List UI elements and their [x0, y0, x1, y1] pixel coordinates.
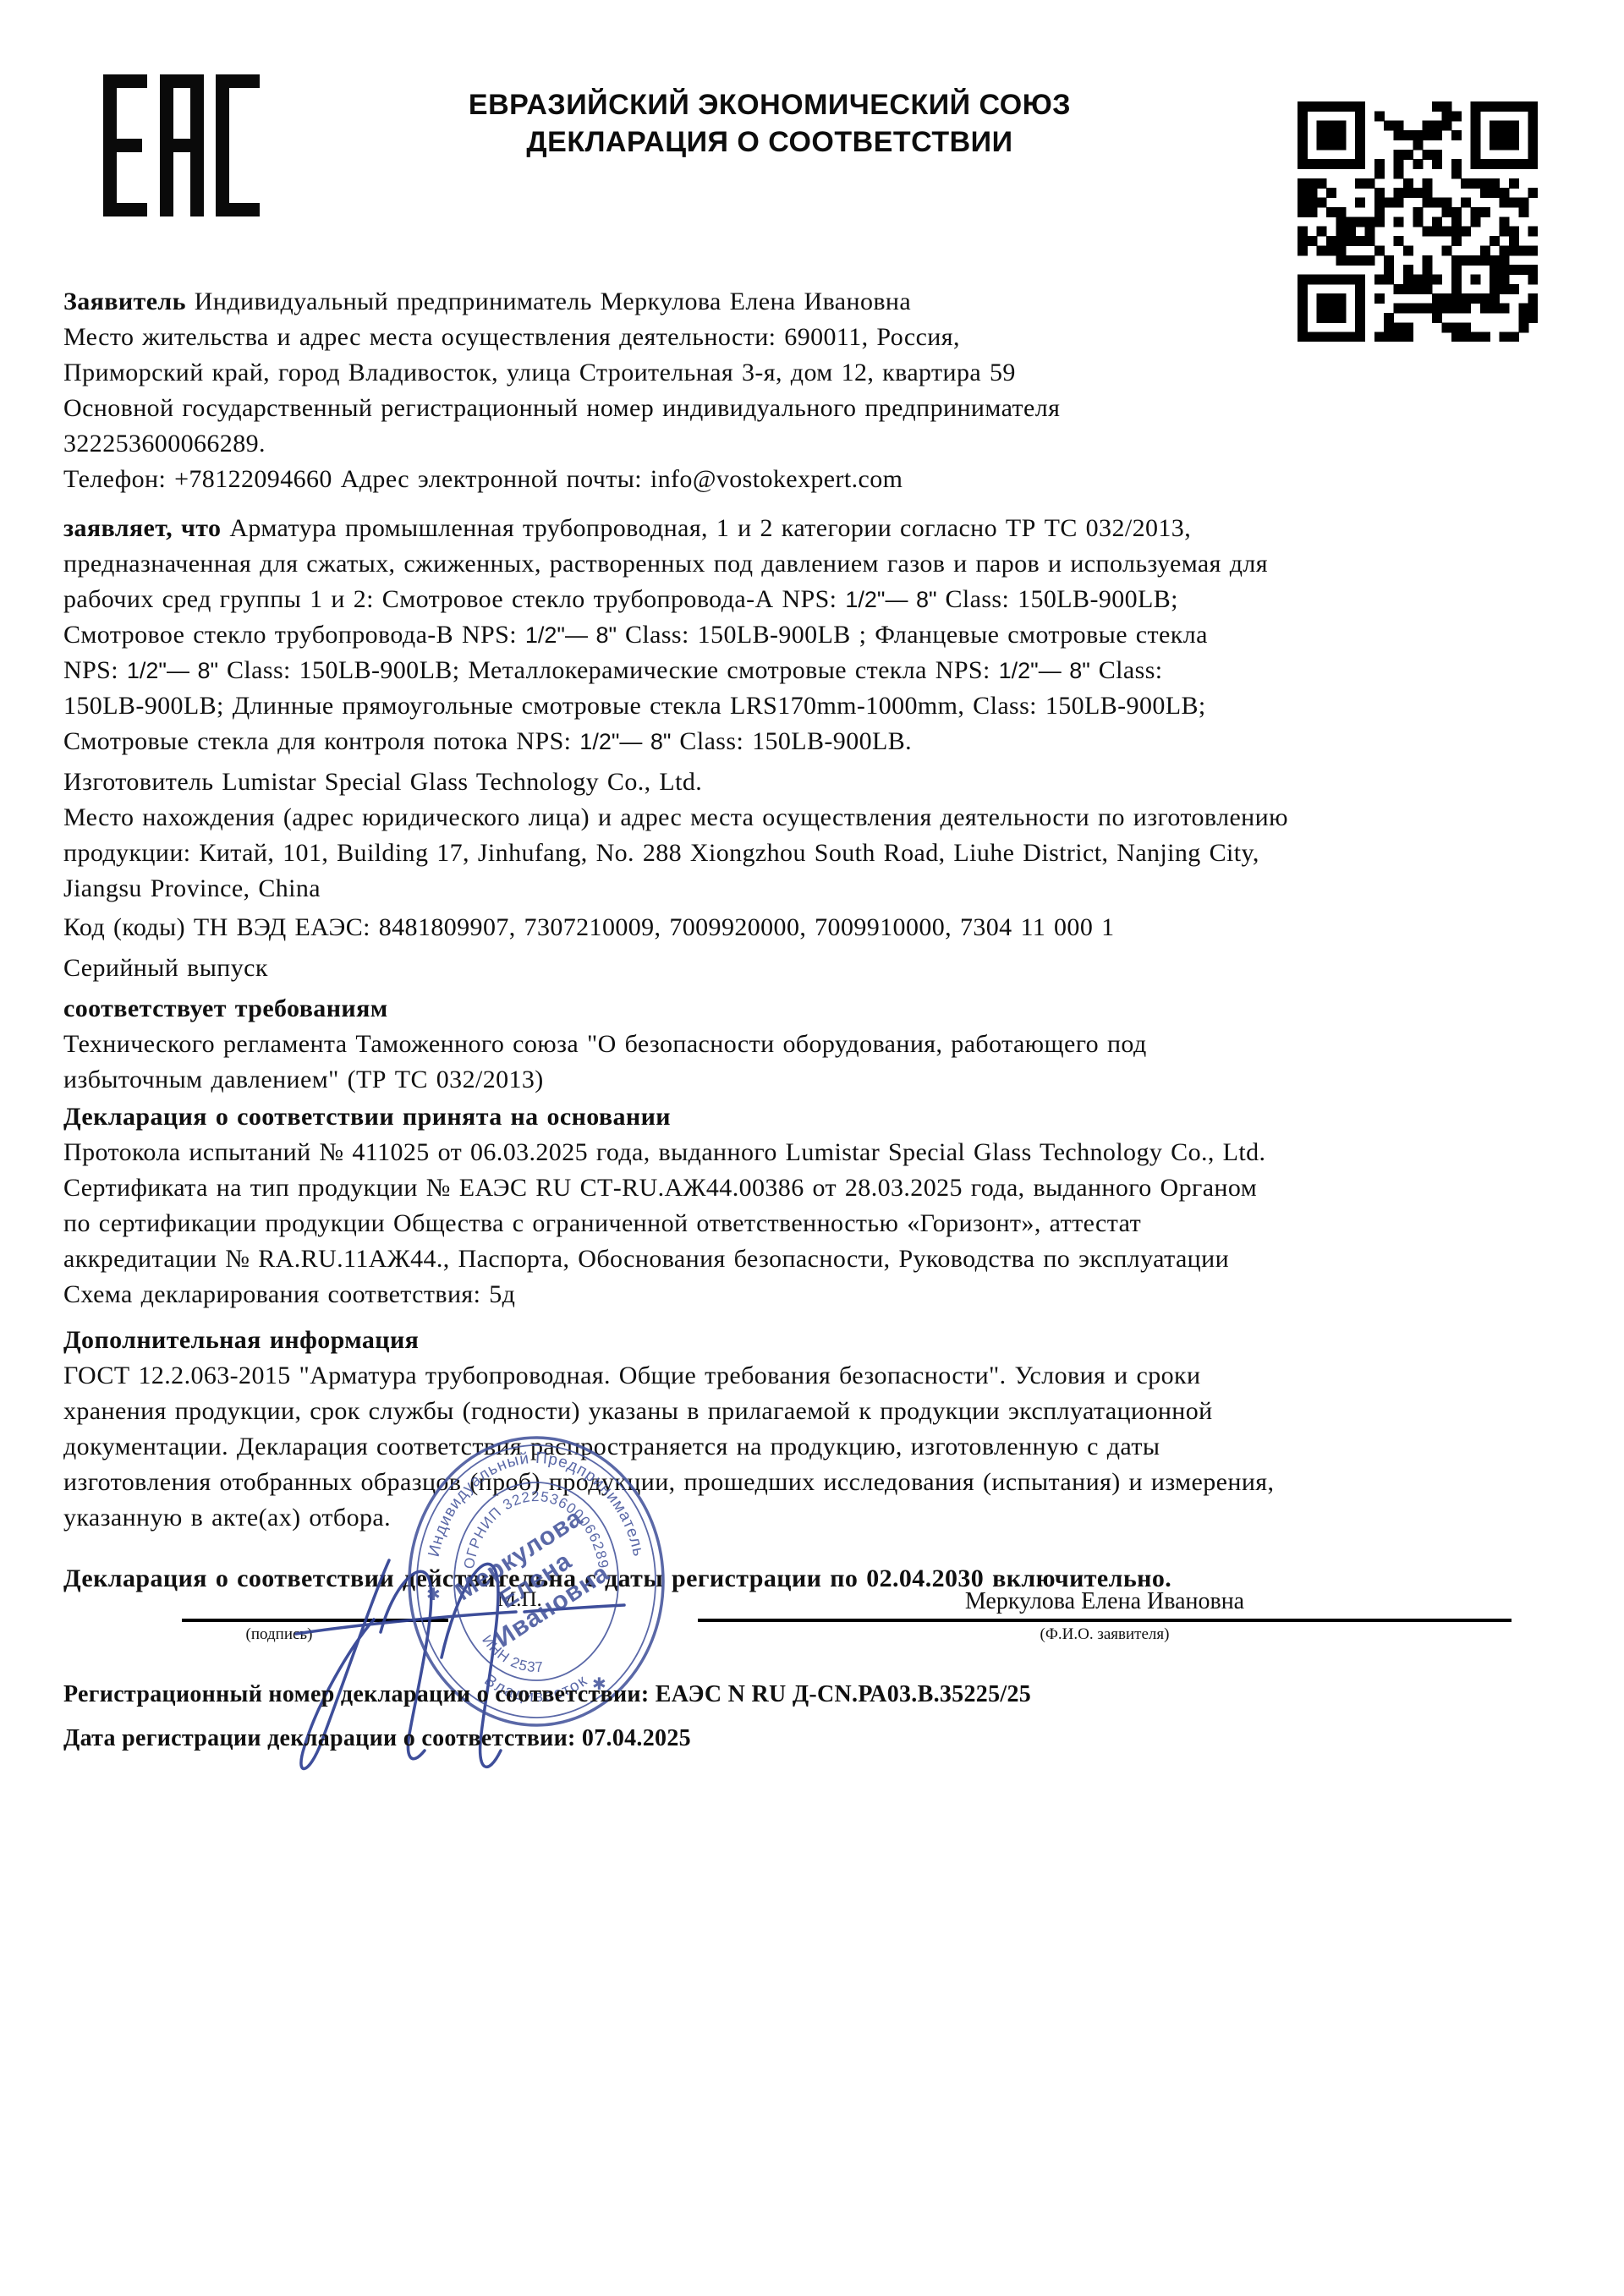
- text-run: Class: 150LB-900LB; Металлокерамические …: [218, 656, 999, 684]
- eac-logo: [103, 74, 260, 216]
- text-run: рабочих сред группы 1 и 2: Смотровое сте…: [63, 585, 845, 613]
- text-run: Место жительства и адрес места осуществл…: [63, 323, 960, 351]
- text-line: Изготовитель Lumistar Special Glass Tech…: [63, 764, 1586, 800]
- text-line: по сертификации продукции Общества с огр…: [63, 1206, 1586, 1241]
- text-block: Заявитель Индивидуальный предприниматель…: [63, 284, 1586, 497]
- text-run: Изготовитель Lumistar Special Glass Tech…: [63, 768, 702, 796]
- text-run: Протокола испытаний № 411025 от 06.03.20…: [63, 1138, 1265, 1166]
- stamp-star-left: ✱: [426, 1586, 441, 1604]
- text-line: ГОСТ 12.2.063-2015 "Арматура трубопровод…: [63, 1358, 1586, 1394]
- text-line: 322253600066289.: [63, 426, 1586, 462]
- text-block: Серийный выпуск: [63, 951, 1586, 986]
- text-run: NPS:: [63, 656, 127, 684]
- text-run: 322253600066289.: [63, 430, 266, 458]
- text-run: Основной государственный регистрационный…: [63, 394, 1060, 422]
- text-line: Смотровые стекла для контроля потока NPS…: [63, 724, 1586, 759]
- text-run: заявляет, что: [63, 514, 221, 542]
- text-run: Телефон: +78122094660 Адрес электронной …: [63, 465, 903, 493]
- text-line: Jiangsu Province, China: [63, 871, 1586, 907]
- text-line: продукции: Китай, 101, Building 17, Jinh…: [63, 836, 1586, 871]
- declaration-page: ЕВРАЗИЙСКИЙ ЭКОНОМИЧЕСКИЙ СОЮЗ ДЕКЛАРАЦИ…: [0, 0, 1624, 2296]
- text-line: Сертификата на тип продукции № ЕАЭС RU С…: [63, 1170, 1586, 1206]
- text-line: Протокола испытаний № 411025 от 06.03.20…: [63, 1135, 1586, 1170]
- text-line: Дополнительная информация: [63, 1323, 1586, 1358]
- text-line: NPS: 1/2"— 8" Class: 150LB-900LB; Металл…: [63, 653, 1586, 688]
- text-block: Декларация о соответствии принята на осн…: [63, 1099, 1586, 1312]
- text-run: Смотровое стекло трубопровода-В NPS:: [63, 621, 525, 649]
- text-run: Смотровые стекла для контроля потока NPS…: [63, 727, 579, 755]
- text-run: Декларация о соответствии принята на осн…: [63, 1103, 671, 1131]
- text-line: Декларация о соответствии принята на осн…: [63, 1099, 1586, 1135]
- title-line-1: ЕВРАЗИЙСКИЙ ЭКОНОМИЧЕСКИЙ СОЮЗ: [254, 86, 1286, 123]
- text-line: Место жительства и адрес места осуществл…: [63, 320, 1586, 355]
- fio-line: [698, 1619, 1512, 1622]
- text-line: Основной государственный регистрационный…: [63, 391, 1586, 426]
- text-run: аккредитации № RA.RU.11АЖ44., Паспорта, …: [63, 1245, 1229, 1273]
- text-line: аккредитации № RA.RU.11АЖ44., Паспорта, …: [63, 1241, 1586, 1277]
- text-line: Схема декларирования соответствия: 5д: [63, 1277, 1586, 1312]
- text-block: соответствует требованиямТехнического ре…: [63, 991, 1586, 1098]
- text-run: Арматура промышленная трубопроводная, 1 …: [221, 514, 1191, 542]
- page-title: ЕВРАЗИЙСКИЙ ЭКОНОМИЧЕСКИЙ СОЮЗ ДЕКЛАРАЦИ…: [254, 86, 1286, 161]
- title-line-2: ДЕКЛАРАЦИЯ О СООТВЕТСТВИИ: [254, 123, 1286, 161]
- text-run: Заявитель: [63, 288, 186, 315]
- text-line: 150LB-900LB; Длинные прямоугольные смотр…: [63, 688, 1586, 724]
- text-line: предназначенная для сжатых, сжиженных, р…: [63, 546, 1586, 582]
- text-run: Class: 150LB-900LB ; Фланцевые смотровые…: [617, 621, 1208, 649]
- text-run: Приморский край, город Владивосток, улиц…: [63, 359, 1016, 386]
- registration-date-line: Дата регистрации декларации о соответств…: [63, 1725, 691, 1752]
- text-run: избыточным давлением" (ТР ТС 032/2013): [63, 1066, 544, 1093]
- text-line: соответствует требованиям: [63, 991, 1586, 1027]
- text-run: 1/2"— 8": [525, 622, 617, 648]
- text-block: Дополнительная информацияГОСТ 12.2.063-2…: [63, 1323, 1586, 1536]
- text-run: по сертификации продукции Общества с огр…: [63, 1209, 1141, 1237]
- text-run: Серийный выпуск: [63, 954, 268, 982]
- text-line: заявляет, что Арматура промышленная труб…: [63, 511, 1586, 546]
- text-run: Дополнительная информация: [63, 1326, 419, 1354]
- text-run: соответствует требованиям: [63, 995, 388, 1022]
- text-run: Схема декларирования соответствия: 5д: [63, 1280, 515, 1308]
- text-run: 1/2"— 8": [579, 729, 671, 754]
- text-line: Серийный выпуск: [63, 951, 1586, 986]
- text-run: Индивидуальный предприниматель Меркулова…: [186, 288, 911, 315]
- text-line: избыточным давлением" (ТР ТС 032/2013): [63, 1062, 1586, 1098]
- text-line: Место нахождения (адрес юридического лиц…: [63, 800, 1586, 836]
- text-run: ГОСТ 12.2.063-2015 "Арматура трубопровод…: [63, 1362, 1200, 1389]
- text-line: Приморский край, город Владивосток, улиц…: [63, 355, 1586, 391]
- fio-caption: (Ф.И.О. заявителя): [698, 1625, 1512, 1644]
- text-run: Jiangsu Province, China: [63, 874, 321, 902]
- text-line: изготовления отобранных образцов (проб) …: [63, 1465, 1586, 1500]
- text-line: Код (коды) ТН ВЭД ЕАЭС: 8481809907, 7307…: [63, 910, 1586, 945]
- text-run: хранения продукции, срок службы (годност…: [63, 1397, 1213, 1425]
- text-block: Изготовитель Lumistar Special Glass Tech…: [63, 764, 1586, 907]
- text-line: Заявитель Индивидуальный предприниматель…: [63, 284, 1586, 320]
- text-run: предназначенная для сжатых, сжиженных, р…: [63, 550, 1268, 578]
- text-run: Сертификата на тип продукции № ЕАЭС RU С…: [63, 1174, 1257, 1202]
- text-line: документации. Декларация соответствия ра…: [63, 1429, 1586, 1465]
- fio-name: Меркулова Елена Ивановна: [698, 1588, 1512, 1615]
- text-run: 1/2"— 8": [845, 587, 936, 612]
- text-run: Технического регламента Таможенного союз…: [63, 1030, 1147, 1058]
- text-line: хранения продукции, срок службы (годност…: [63, 1394, 1586, 1429]
- text-line: Смотровое стекло трубопровода-В NPS: 1/2…: [63, 617, 1586, 653]
- text-line: рабочих сред группы 1 и 2: Смотровое сте…: [63, 582, 1586, 617]
- text-run: Код (коды) ТН ВЭД ЕАЭС: 8481809907, 7307…: [63, 913, 1115, 941]
- text-block: заявляет, что Арматура промышленная труб…: [63, 511, 1586, 759]
- text-run: Class:: [1090, 656, 1163, 684]
- registration-number-line: Регистрационный номер декларации о соотв…: [63, 1681, 1031, 1708]
- text-run: продукции: Китай, 101, Building 17, Jinh…: [63, 839, 1259, 867]
- text-line: Телефон: +78122094660 Адрес электронной …: [63, 462, 1586, 497]
- text-run: Class: 150LB-900LB;: [937, 585, 1178, 613]
- document-body: Заявитель Индивидуальный предприниматель…: [63, 284, 1586, 1597]
- text-run: 1/2"— 8": [999, 658, 1090, 683]
- text-block: Код (коды) ТН ВЭД ЕАЭС: 8481809907, 7307…: [63, 910, 1586, 945]
- text-line: Технического регламента Таможенного союз…: [63, 1027, 1586, 1062]
- text-run: Class: 150LB-900LB.: [672, 727, 913, 755]
- text-run: 1/2"— 8": [127, 658, 218, 683]
- text-run: 150LB-900LB; Длинные прямоугольные смотр…: [63, 692, 1206, 720]
- text-run: Место нахождения (адрес юридического лиц…: [63, 803, 1288, 831]
